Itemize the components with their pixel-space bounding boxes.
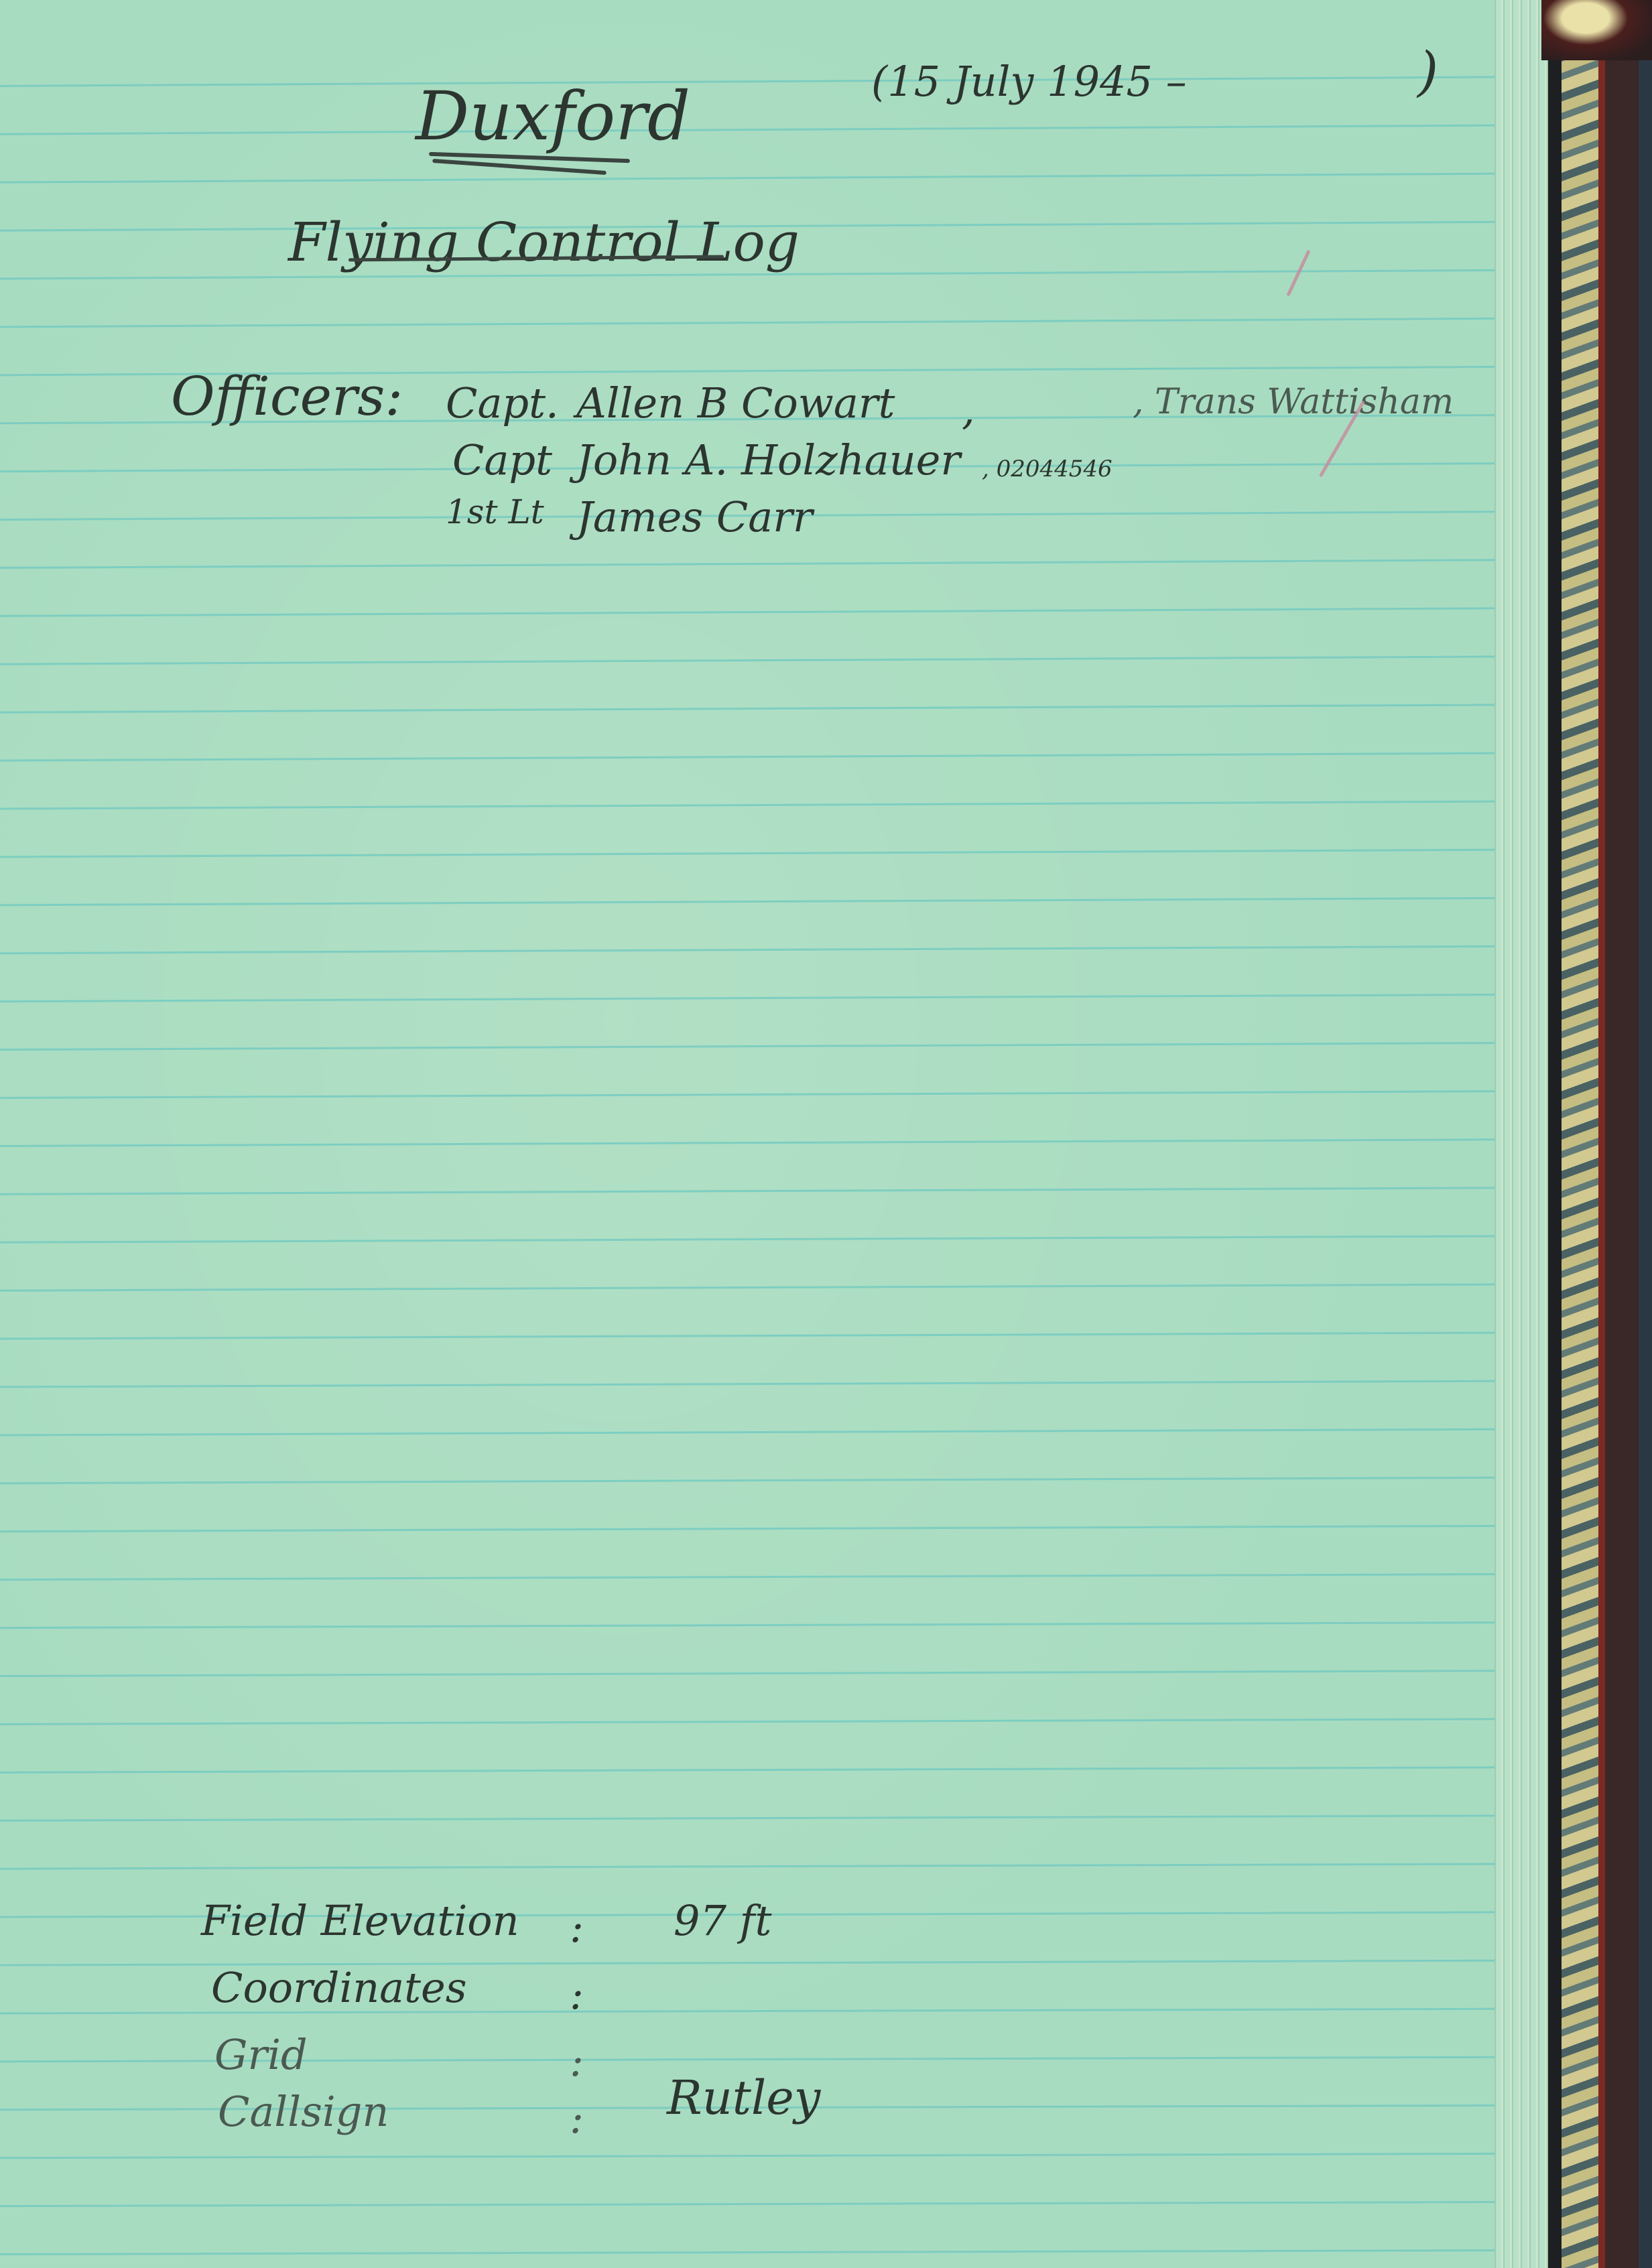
ruled-line [0, 849, 1535, 858]
officer-rank: Capt. [446, 379, 559, 427]
book-cover-edge [1598, 0, 1652, 2268]
ruled-line [0, 1090, 1535, 1099]
ruled-line [0, 1718, 1535, 1725]
ruled-line [0, 2153, 1535, 2159]
ruled-line [0, 1573, 1535, 1581]
ruled-line [0, 2249, 1535, 2255]
ruled-line [0, 559, 1535, 569]
ruled-line [0, 1283, 1535, 1291]
ruled-line [0, 1863, 1535, 1869]
officers-label: Officers: [171, 365, 403, 427]
field-value-elevation: 97 ft [674, 1896, 771, 1945]
page-stack-edge [1495, 0, 1548, 2268]
field-label: Grid [214, 2030, 308, 2079]
ruled-line [0, 172, 1535, 183]
ruled-line [0, 1380, 1535, 1388]
ruled-line [0, 1138, 1535, 1147]
log-page: Duxford (15 July 1945 – ) Flying Control… [0, 0, 1548, 2268]
ruled-line [0, 704, 1535, 713]
date-range: (15 July 1945 – [871, 57, 1187, 106]
field-sep: : [570, 2037, 584, 2086]
ruled-line [0, 318, 1535, 328]
field-sep: : [570, 2094, 584, 2143]
field-label: Callsign [218, 2087, 389, 2136]
ruled-line [0, 994, 1535, 1002]
marbled-page-edge [1562, 40, 1598, 2268]
ruled-line [0, 1670, 1535, 1677]
ruled-line [0, 1042, 1535, 1051]
ruled-line [0, 1477, 1535, 1485]
red-pencil-mark [1286, 249, 1310, 296]
officer-note: , Trans Wattisham [1133, 382, 1454, 422]
officer-suffix: , [962, 385, 975, 434]
ruled-line [0, 1187, 1535, 1195]
ruled-line [0, 1525, 1535, 1533]
field-label: Coordinates [211, 1963, 467, 2012]
ruled-line [0, 2201, 1535, 2207]
officer-name: James Carr [576, 492, 813, 541]
ruled-line [0, 1621, 1535, 1629]
date-range-close: ) [1417, 40, 1438, 103]
field-sep: : [570, 1903, 584, 1952]
book-corner [1541, 0, 1652, 60]
field-sep: : [570, 1970, 584, 2019]
ruled-line [0, 897, 1535, 907]
ruled-line [0, 800, 1535, 809]
ruled-line [0, 1331, 1535, 1339]
ruled-line [0, 1235, 1535, 1244]
officer-name: Allen B Cowart [576, 379, 895, 427]
officer-rank: Capt [452, 436, 552, 484]
field-value-callsign: Rutley [667, 2070, 820, 2125]
ruled-line [0, 607, 1535, 617]
ruled-line [0, 1814, 1535, 1822]
ruled-line [0, 76, 1535, 87]
ruled-line [0, 124, 1535, 135]
ruled-line [0, 752, 1535, 761]
ruled-line [0, 1428, 1535, 1437]
officer-name: John A. Holzhauer [576, 436, 960, 484]
field-label: Field Elevation [201, 1896, 519, 1945]
station-title: Duxford [416, 77, 690, 155]
ruled-line [0, 1766, 1535, 1774]
ruled-line [0, 655, 1535, 665]
ruled-line [0, 945, 1535, 955]
officer-rank: 1st Lt [446, 492, 544, 531]
officer-serial-number: , 02044546 [982, 456, 1113, 482]
log-subtitle: Flying Control Log [288, 211, 800, 273]
